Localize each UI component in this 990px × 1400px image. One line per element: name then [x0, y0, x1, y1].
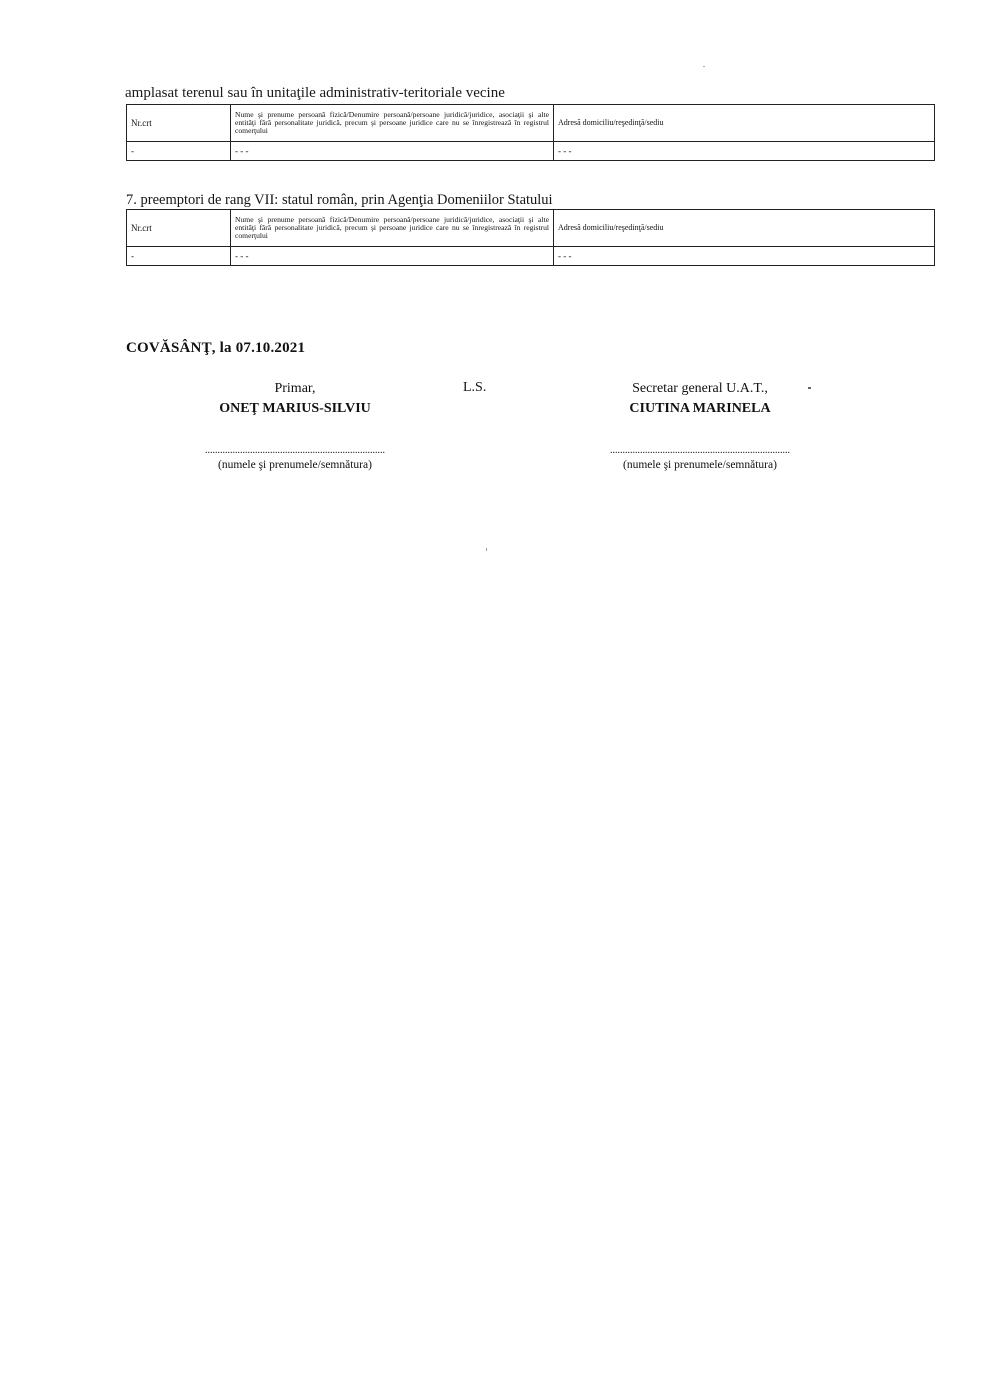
signature-line: ........................................…	[185, 445, 405, 457]
header-address: Adresă domiciliu/reşedinţă/sediu	[554, 210, 935, 247]
scan-speck	[486, 548, 487, 551]
header-nr: Nr.crt	[127, 210, 231, 247]
cell-nr: -	[127, 142, 231, 161]
cell-name: - - -	[231, 142, 554, 161]
section-title-rank-vii: 7. preemptori de rang VII: statul român,…	[126, 192, 553, 209]
signature-line: ........................................…	[590, 445, 810, 457]
cell-address: - - -	[554, 247, 935, 266]
table-header-row: Nr.crt Nume şi prenume persoană fizică/D…	[127, 210, 935, 247]
table-row: - - - - - - -	[127, 247, 935, 266]
place-and-date: COVĂSÂNŢ, la 07.10.2021	[126, 340, 305, 357]
table-header-row: Nr.crt Nume şi prenume persoană fizică/D…	[127, 105, 935, 142]
header-nr: Nr.crt	[127, 105, 231, 142]
signature-block-secretary: Secretar general U.A.T., CIUTINA MARINEL…	[590, 379, 810, 471]
scan-speck	[808, 387, 811, 389]
header-name: Nume şi prenume persoană fizică/Denumire…	[231, 210, 554, 247]
signer-role: Primar,	[185, 379, 405, 399]
truncated-heading-line: amplasat terenul sau în unitaţile admini…	[125, 86, 545, 104]
signer-role: Secretar general U.A.T.,	[590, 379, 810, 399]
header-name: Nume şi prenume persoană fizică/Denumire…	[231, 105, 554, 142]
signature-caption: (numele şi prenumele/semnătura)	[590, 459, 810, 471]
cell-nr: -	[127, 247, 231, 266]
preemptors-table-rank-vii: Nr.crt Nume şi prenume persoană fizică/D…	[126, 209, 935, 266]
signer-name: ONEŢ MARIUS-SILVIU	[185, 399, 405, 419]
signature-block-mayor: Primar, ONEŢ MARIUS-SILVIU .............…	[185, 379, 405, 471]
stamp-label: L.S.	[463, 380, 486, 396]
table-row: - - - - - - -	[127, 142, 935, 161]
signer-name: CIUTINA MARINELA	[590, 399, 810, 419]
cell-address: - - -	[554, 142, 935, 161]
header-address: Adresă domiciliu/reşedinţă/sediu	[554, 105, 935, 142]
cell-name: - - -	[231, 247, 554, 266]
preemptors-table-neighbors: Nr.crt Nume şi prenume persoană fizică/D…	[126, 104, 935, 161]
signature-caption: (numele şi prenumele/semnătura)	[185, 459, 405, 471]
scan-speck	[703, 66, 705, 67]
